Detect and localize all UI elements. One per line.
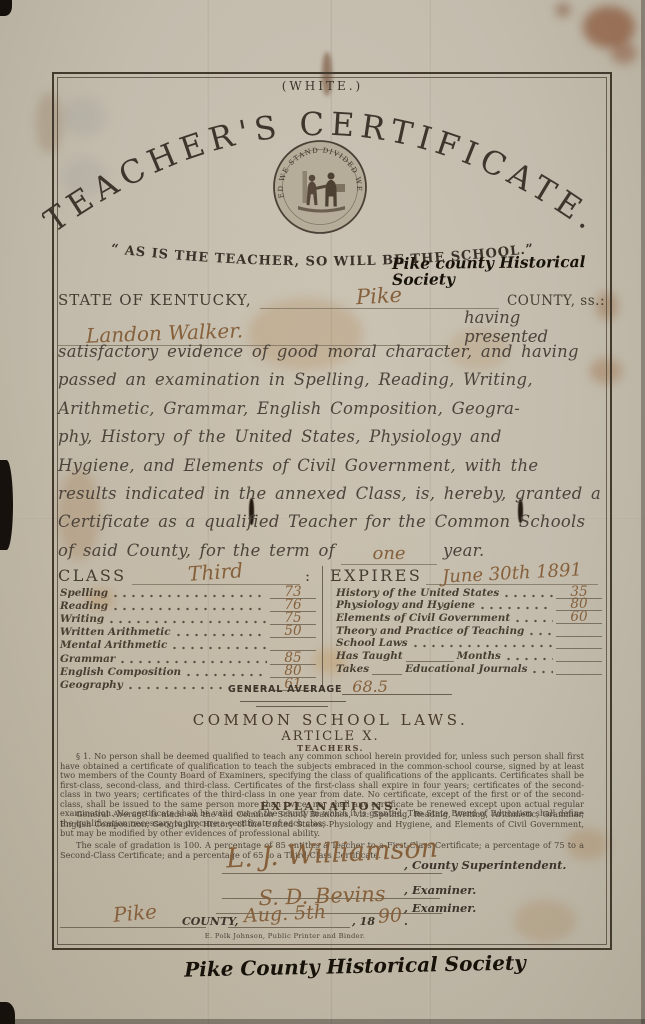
laws-heading: COMMON SCHOOL LAWS. [52, 711, 609, 729]
dot-leader [513, 616, 553, 624]
certificate-page: (WHITE.) TEACHER'S CERTIFICATE. UNITED W… [0, 0, 645, 1024]
score-row: Spelling73 [60, 586, 316, 599]
dot-leader [504, 654, 553, 662]
torn-edge [0, 460, 13, 550]
body-line: results indicated in the annexed Class, … [58, 480, 606, 508]
dot-leader [527, 629, 553, 637]
takes-journals-row: Takes Educational Journals [336, 662, 602, 675]
general-average: GENERAL AVERAGE 68.5 [228, 679, 452, 695]
score-value: 50 [270, 625, 316, 638]
takes-value [556, 674, 602, 675]
article-heading: ARTICLE X. [52, 729, 609, 744]
class-colon: : [305, 567, 310, 585]
dot-leader [107, 617, 267, 625]
body-line: passed an examination in Spelling, Readi… [58, 366, 606, 394]
has-taught-label: Has Taught [336, 650, 403, 662]
column-divider [322, 566, 323, 690]
class-field: Third [132, 560, 300, 585]
examiner2-title: , Examiner. [404, 901, 476, 915]
months-label: Months [457, 650, 501, 662]
class-header: CLASS Third : [58, 560, 310, 585]
divider-rule [240, 701, 346, 702]
explanation-paragraph-1: General Average is made on the ten Commo… [60, 810, 584, 839]
class-value: Third [187, 558, 244, 586]
dot-leader [184, 670, 267, 678]
score-table-left: Spelling73 Reading76 Writing75 Written A… [60, 586, 316, 691]
signature-line [228, 927, 350, 928]
score-label: History of the United States [336, 587, 499, 599]
expires-field: June 30th 1891 [426, 558, 598, 585]
score-value [556, 648, 602, 649]
blank-line [372, 665, 402, 675]
score-label: Theory and Practice of Teaching [336, 625, 524, 637]
certificate-body: satisfactory evidence of good moral char… [58, 338, 606, 565]
score-label: Mental Arithmetic [60, 639, 167, 651]
score-label: Reading [60, 600, 108, 612]
general-average-label: GENERAL AVERAGE [228, 684, 342, 695]
score-label: Writing [60, 613, 104, 625]
expires-value: June 30th 1891 [442, 559, 583, 587]
signature-line [222, 873, 442, 874]
dot-leader [170, 643, 267, 651]
journals-label: Educational Journals [405, 663, 527, 675]
score-row: Physiology and Hygiene80 [336, 599, 602, 612]
has-taught-row: Has Taught Months [336, 649, 602, 662]
body-line: Hygiene, and Elements of Civil Governmen… [58, 452, 606, 480]
county-name-field: Pike [260, 284, 499, 309]
expires-label: EXPIRES [330, 566, 422, 585]
score-row: Theory and Practice of Teaching [336, 624, 602, 637]
blank-line [406, 652, 454, 662]
has-taught-value [556, 661, 602, 662]
county-name-value: Pike [356, 283, 403, 309]
dot-leader [478, 603, 553, 611]
score-label: Grammar [60, 653, 115, 665]
score-label: Physiology and Hygiene [336, 599, 475, 611]
stain [583, 6, 635, 48]
stain [556, 4, 570, 16]
body-line: Certificate as a qualified Teacher for t… [58, 508, 606, 536]
dot-leader [111, 591, 267, 599]
divider-rule [256, 706, 328, 707]
score-label: English Composition [60, 666, 181, 678]
score-row: Writing75 [60, 612, 316, 625]
score-row: Mental Arithmetic [60, 638, 316, 651]
torn-edge [0, 0, 12, 16]
score-table-right: History of the United States35 Physiolog… [336, 586, 602, 675]
score-label: Spelling [60, 587, 108, 599]
dot-leader [111, 604, 267, 612]
score-row: English Composition80 [60, 665, 316, 678]
stain [611, 42, 637, 64]
body-line: phy, History of the United States, Physi… [58, 423, 606, 451]
dot-leader [530, 667, 553, 675]
dot-leader [174, 630, 267, 638]
score-row: Reading76 [60, 599, 316, 612]
superintendent-title: , County Superintendent. [404, 858, 566, 872]
score-label: Written Arithmetic [60, 626, 171, 638]
expires-header: EXPIRES June 30th 1891 [330, 558, 602, 585]
score-label: School Laws [336, 637, 408, 649]
score-row: Written Arithmetic50 [60, 625, 316, 638]
dot-leader [411, 641, 553, 649]
dot-leader [118, 657, 267, 665]
printer-credit: E. Polk Johnson, Public Printer and Bind… [120, 932, 450, 940]
year-period: . [404, 915, 408, 928]
state-label: STATE OF KENTUCKY, [58, 291, 252, 309]
page-edge-shadow [0, 1019, 645, 1024]
torn-edge [0, 1002, 15, 1024]
historical-society-stamp-bottom: Pike County Historical Society [60, 950, 645, 983]
county-suffix-label: COUNTY, ss.: [507, 293, 605, 309]
body-line: satisfactory evidence of good moral char… [58, 338, 606, 366]
score-row: Elements of Civil Government60 [336, 611, 602, 624]
takes-label: Takes [336, 663, 369, 675]
union-seal: UNITED WE STAND DIVIDED WE FALL. [270, 137, 370, 237]
body-line: Arithmetic, Grammar, English Composition… [58, 395, 606, 423]
score-row: School Laws [336, 637, 602, 650]
class-label: CLASS [58, 566, 127, 585]
state-line: STATE OF KENTUCKY, Pike COUNTY, ss.: [58, 284, 605, 309]
score-row: History of the United States35 [336, 586, 602, 599]
score-value: 60 [556, 611, 602, 624]
page-edge-shadow [641, 0, 645, 1024]
score-label: Elements of Civil Government [336, 612, 510, 624]
score-value [556, 636, 602, 637]
score-row: Grammar85 [60, 651, 316, 664]
score-label: Geography [60, 679, 123, 691]
dot-leader [502, 591, 553, 599]
general-average-value: 68.5 [342, 679, 452, 695]
